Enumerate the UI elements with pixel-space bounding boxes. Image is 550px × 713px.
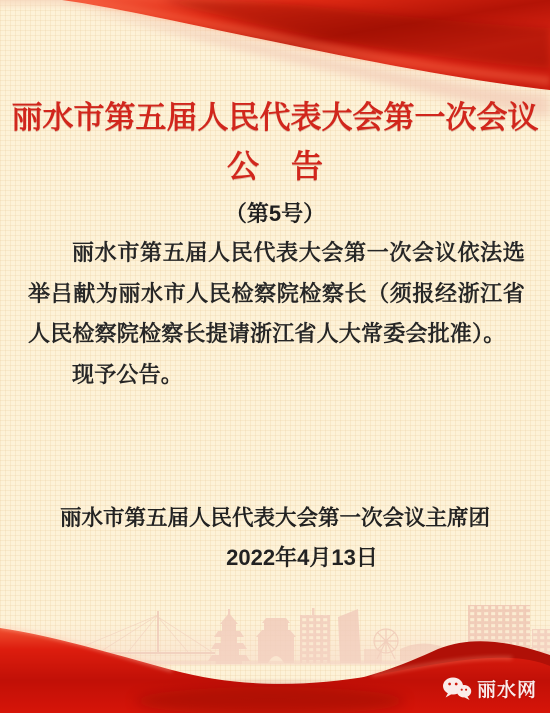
page-title: 丽水市第五届人民代表大会第一次会议 bbox=[0, 92, 550, 137]
wechat-icon bbox=[442, 676, 472, 701]
page-title-second-line: 公 告 bbox=[0, 141, 550, 187]
body-paragraph-1: 丽水市第五届人民代表大会第一次会议依法选举吕献为丽水市人民检察院检察长（须报经浙… bbox=[28, 233, 525, 355]
notice-body: 丽水市第五届人民代表大会第一次会议依法选举吕献为丽水市人民检察院检察长（须报经浙… bbox=[28, 233, 525, 395]
date: 2022年4月13日 bbox=[27, 541, 550, 572]
signature: 丽水市第五届人民代表大会第一次会议主席团 bbox=[0, 501, 550, 532]
watermark: 丽水网 bbox=[442, 675, 537, 702]
announcement-page: 丽水市第五届人民代表大会第一次会议 公 告 （第5号） 丽水市第五届人民代表大会… bbox=[0, 0, 550, 713]
doc-number: （第5号） bbox=[0, 197, 550, 228]
body-paragraph-2: 现予公告。 bbox=[28, 355, 525, 396]
watermark-label: 丽水网 bbox=[477, 675, 537, 702]
